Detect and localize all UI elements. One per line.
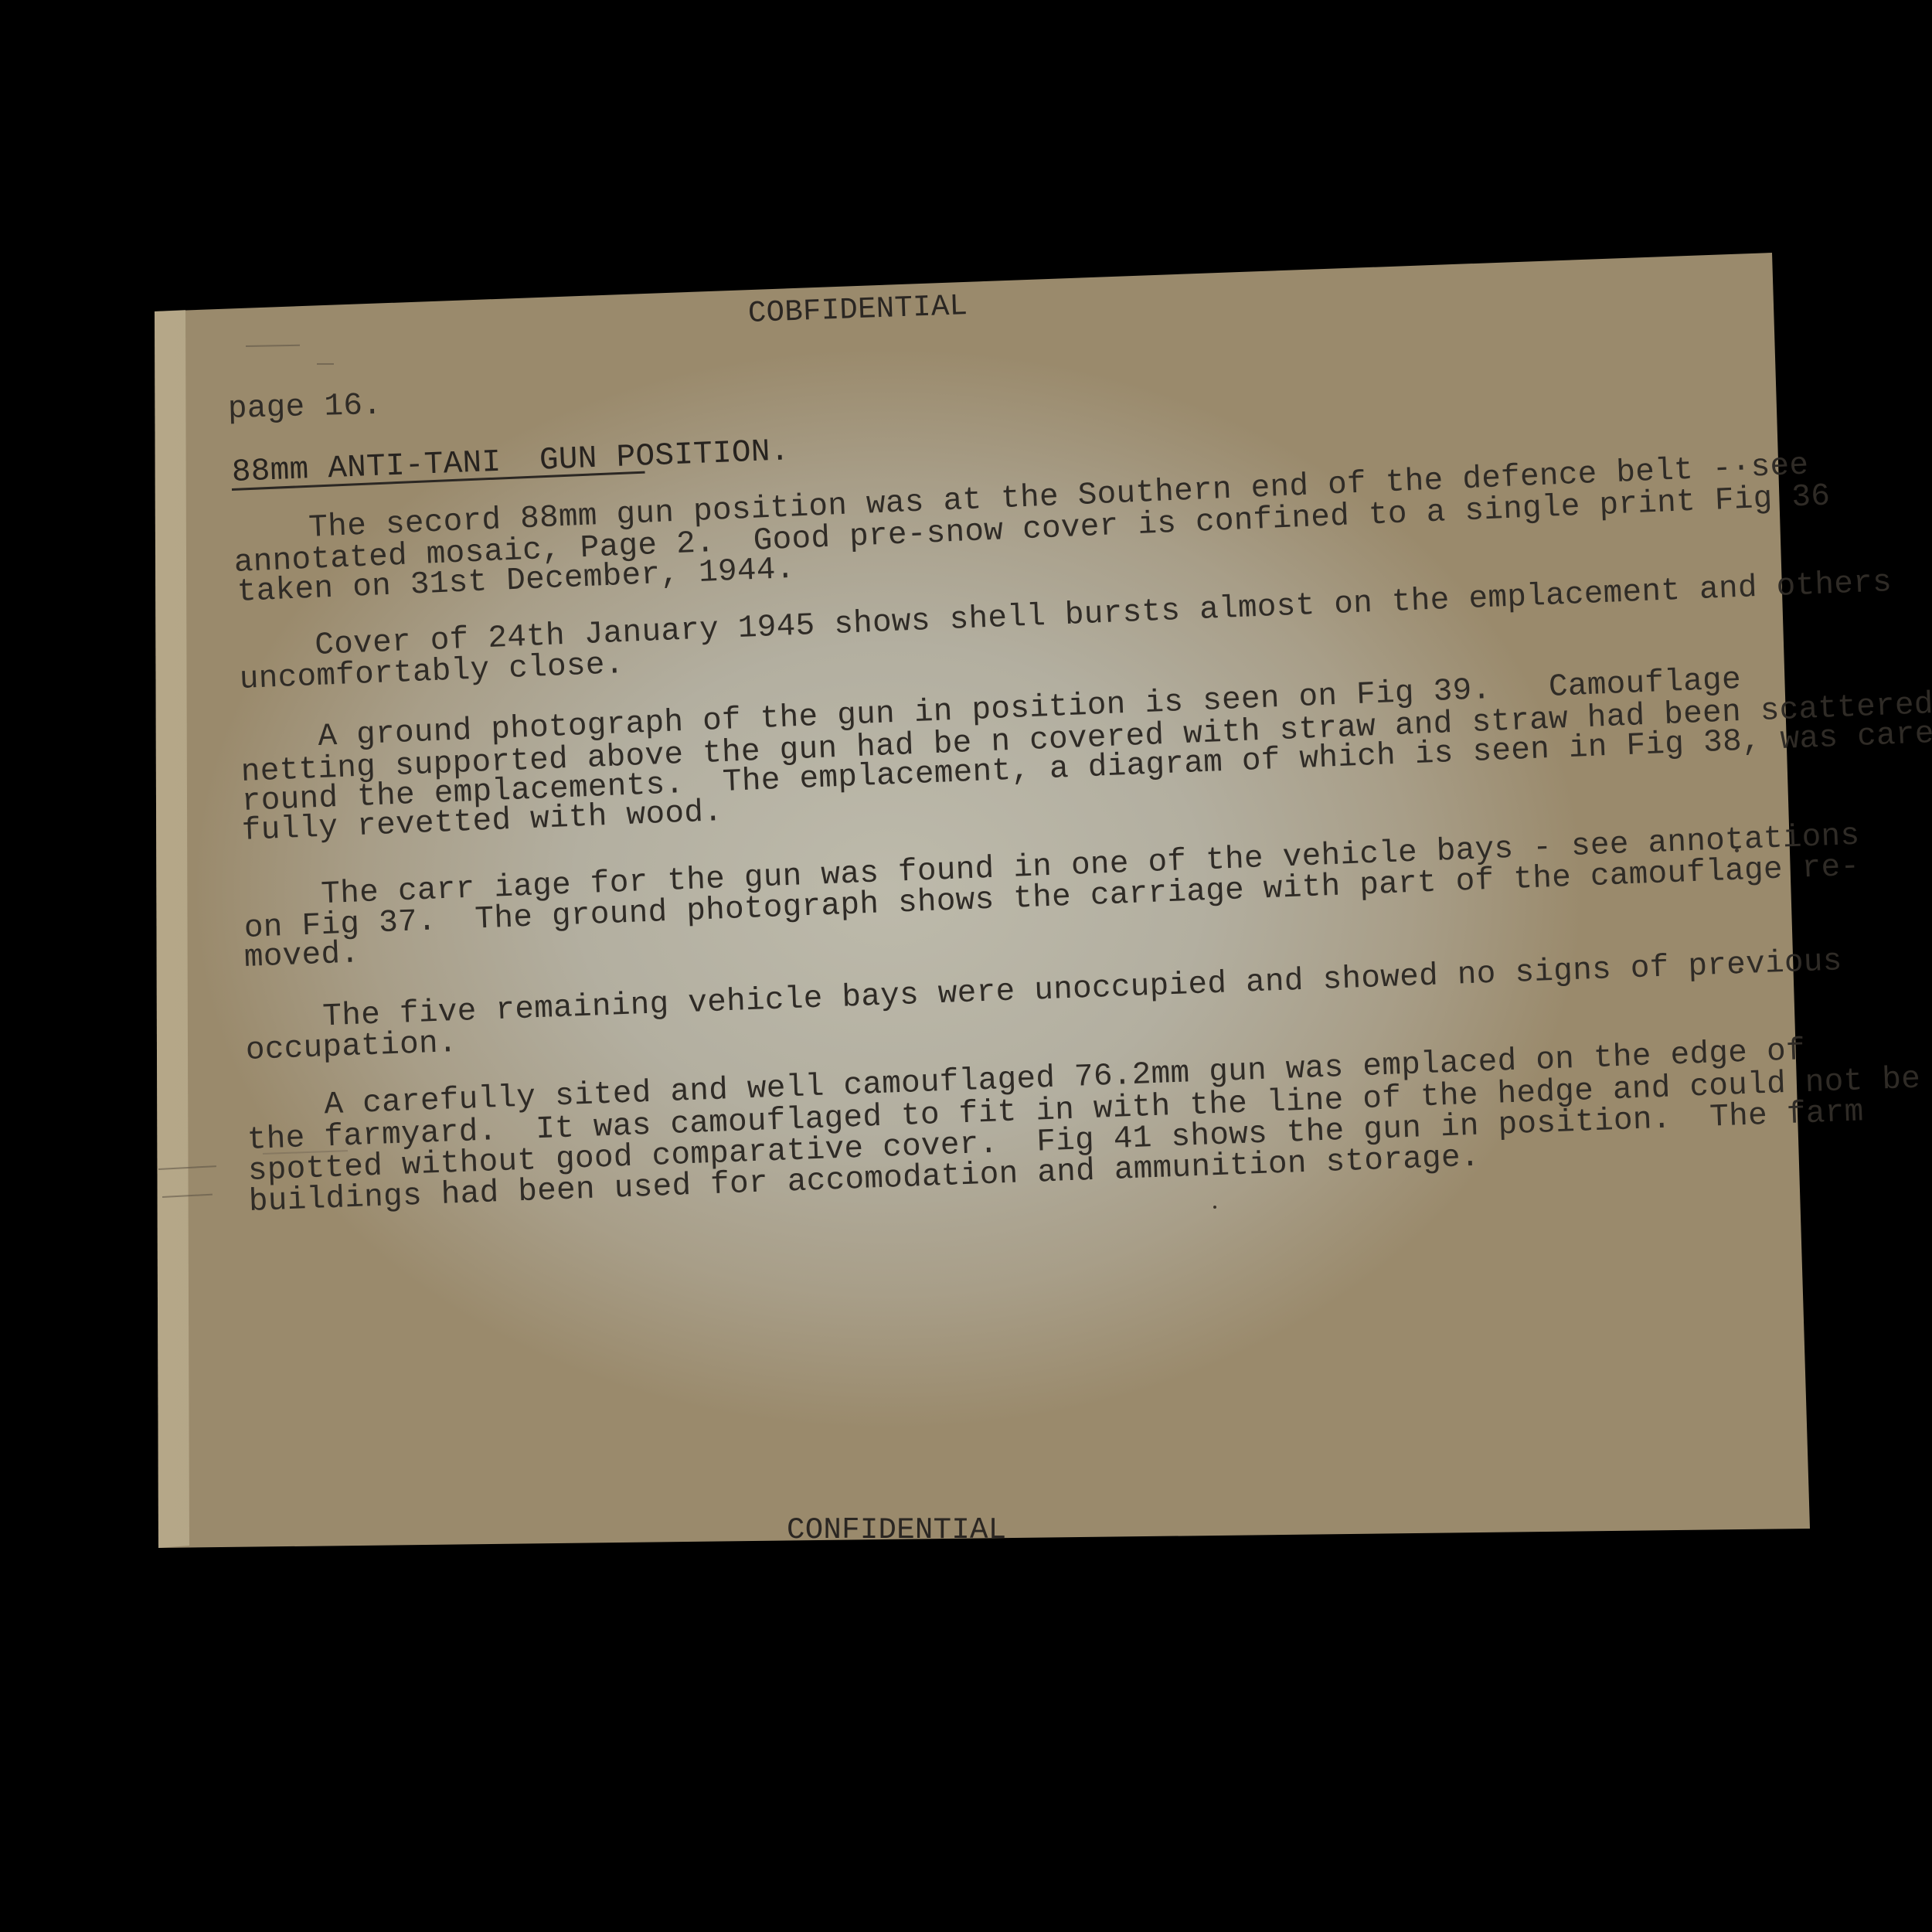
typed-page: COBFIDENTIAL page 16. 88mm ANTI-TANI GUN… — [0, 0, 1932, 1932]
page-number-label: page 16. — [227, 390, 382, 426]
ink-speck — [1213, 1206, 1216, 1209]
ink-speck — [1735, 849, 1739, 852]
paragraph-line: occupation. — [245, 1028, 457, 1067]
margin-mark — [158, 1165, 216, 1170]
paragraph-line: moved. — [243, 938, 360, 975]
stray-mark — [317, 363, 334, 365]
margin-mark — [162, 1194, 213, 1198]
header-confidential-stamp: COBFIDENTIAL — [747, 291, 968, 330]
ink-speck — [1739, 968, 1743, 971]
paragraph-line: The five remaining vehicle bays were uno… — [245, 946, 1842, 1036]
stray-mark — [246, 345, 300, 347]
footer-confidential-stamp: CONFIDENTIAL — [787, 1515, 1006, 1546]
section-heading: 88mm ANTI-TANI GUN POSITION. — [231, 436, 790, 489]
